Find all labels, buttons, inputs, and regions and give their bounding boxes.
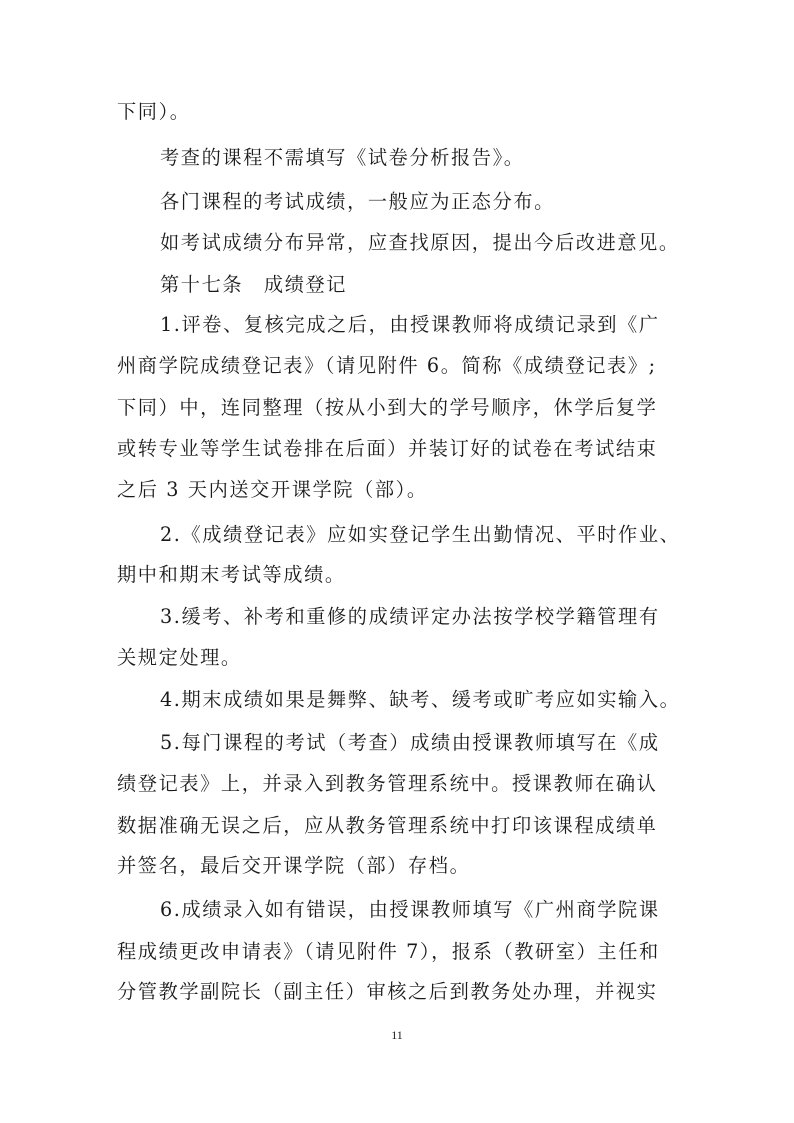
text-line: 3.缓考、补考和重修的成绩评定办法按学校学籍管理有 (160, 602, 677, 632)
text-line: 数据准确无误之后，应从教务管理系统中打印该课程成绩单 (117, 811, 677, 841)
text-line: 考查的课程不需填写《试卷分析报告》。 (160, 143, 677, 173)
text-line: 关规定处理。 (117, 643, 677, 673)
text-line: 分管教学副院长（副主任）审核之后到教务处办理，并视实 (117, 977, 677, 1007)
text-line: 期中和期末考试等成绩。 (117, 560, 677, 590)
text-line: 程成绩更改申请表》（请见附件 7），报系（教研室）主任和 (117, 937, 677, 967)
text-line: 下同）。 (117, 97, 677, 127)
text-line: 如考试成绩分布异常，应查找原因，提出今后改进意见。 (160, 228, 677, 258)
page-number: 11 (0, 1028, 794, 1043)
text-line: 之后 3 天内送交开课学院（部）。 (117, 475, 677, 505)
text-line: 绩登记表》上，并录入到教务管理系统中。授课教师在确认 (117, 769, 677, 799)
text-line: 2.《成绩登记表》应如实登记学生出勤情况、平时作业、 (160, 520, 677, 550)
text-line: 并签名，最后交开课学院（部）存档。 (117, 851, 677, 881)
article-heading: 第十七条 成绩登记 (160, 270, 677, 300)
text-line: 各门课程的考试成绩，一般应为正态分布。 (160, 187, 677, 217)
text-line: 5.每门课程的考试（考查）成绩由授课教师填写在《成 (160, 728, 677, 758)
text-line: 4.期末成绩如果是舞弊、缺考、缓考或旷考应如实输入。 (160, 685, 677, 715)
text-line: 州商学院成绩登记表》（请见附件 6。简称《成绩登记表》; (117, 351, 677, 381)
document-page: 下同）。 考查的课程不需填写《试卷分析报告》。 各门课程的考试成绩，一般应为正态… (0, 0, 794, 1123)
text-line: 6.成绩录入如有错误，由授课教师填写《广州商学院课 (160, 895, 677, 925)
text-line: 下同）中，连同整理（按从小到大的学号顺序，休学后复学 (117, 393, 677, 423)
text-line: 或转专业等学生试卷排在后面）并装订好的试卷在考试结束 (117, 434, 677, 464)
text-line: 1.评卷、复核完成之后，由授课教师将成绩记录到《广 (160, 310, 677, 340)
